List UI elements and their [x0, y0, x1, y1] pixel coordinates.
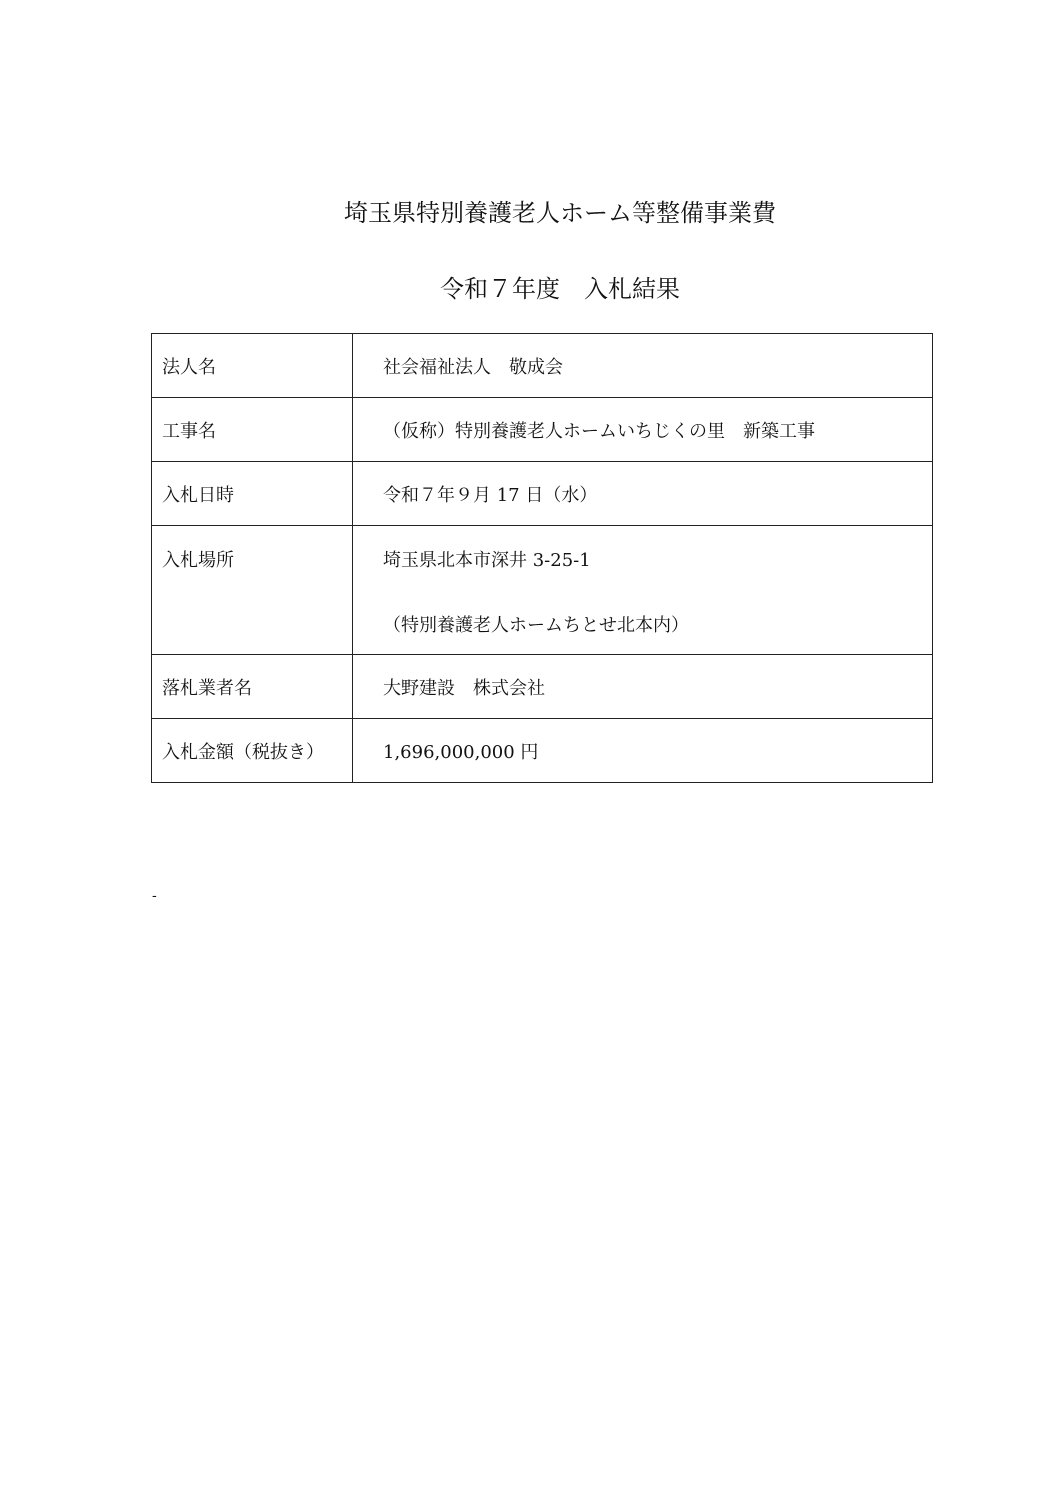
table-row: 工事名 （仮称）特別養護老人ホームいちじくの里 新築工事 [152, 398, 933, 462]
row-label-contractor: 落札業者名 [152, 655, 353, 719]
row-label-project: 工事名 [152, 398, 353, 462]
row-value-corporation: 社会福祉法人 敬成会 [353, 334, 933, 398]
row-value-contractor: 大野建設 株式会社 [353, 655, 933, 719]
document-subtitle: 令和７年度 入札結果 [0, 269, 1058, 304]
footer-mark: - [152, 888, 157, 904]
row-value-amount: 1,696,000,000 円 [353, 719, 933, 783]
table-row: 法人名 社会福祉法人 敬成会 [152, 334, 933, 398]
document-title: 埼玉県特別養護老人ホーム等整備事業費 [0, 193, 1058, 228]
table-row: 入札日時 令和７年９月 17 日（水） [152, 462, 933, 526]
table-row: 入札金額（税抜き） 1,696,000,000 円 [152, 719, 933, 783]
bid-results-table: 法人名 社会福祉法人 敬成会 工事名 （仮称）特別養護老人ホームいちじくの里 新… [151, 333, 933, 783]
location-address: 埼玉県北本市深井 3-25-1 [383, 546, 932, 572]
row-value-project: （仮称）特別養護老人ホームいちじくの里 新築工事 [353, 398, 933, 462]
table-row: 落札業者名 大野建設 株式会社 [152, 655, 933, 719]
location-facility: （特別養護老人ホームちとせ北本内） [383, 611, 932, 637]
row-value-date: 令和７年９月 17 日（水） [353, 462, 933, 526]
row-label-amount: 入札金額（税抜き） [152, 719, 353, 783]
row-value-location: 埼玉県北本市深井 3-25-1 （特別養護老人ホームちとせ北本内） [353, 526, 933, 655]
row-label-corporation: 法人名 [152, 334, 353, 398]
table-row: 入札場所 埼玉県北本市深井 3-25-1 （特別養護老人ホームちとせ北本内） [152, 526, 933, 655]
row-label-location: 入札場所 [152, 526, 353, 655]
row-label-date: 入札日時 [152, 462, 353, 526]
